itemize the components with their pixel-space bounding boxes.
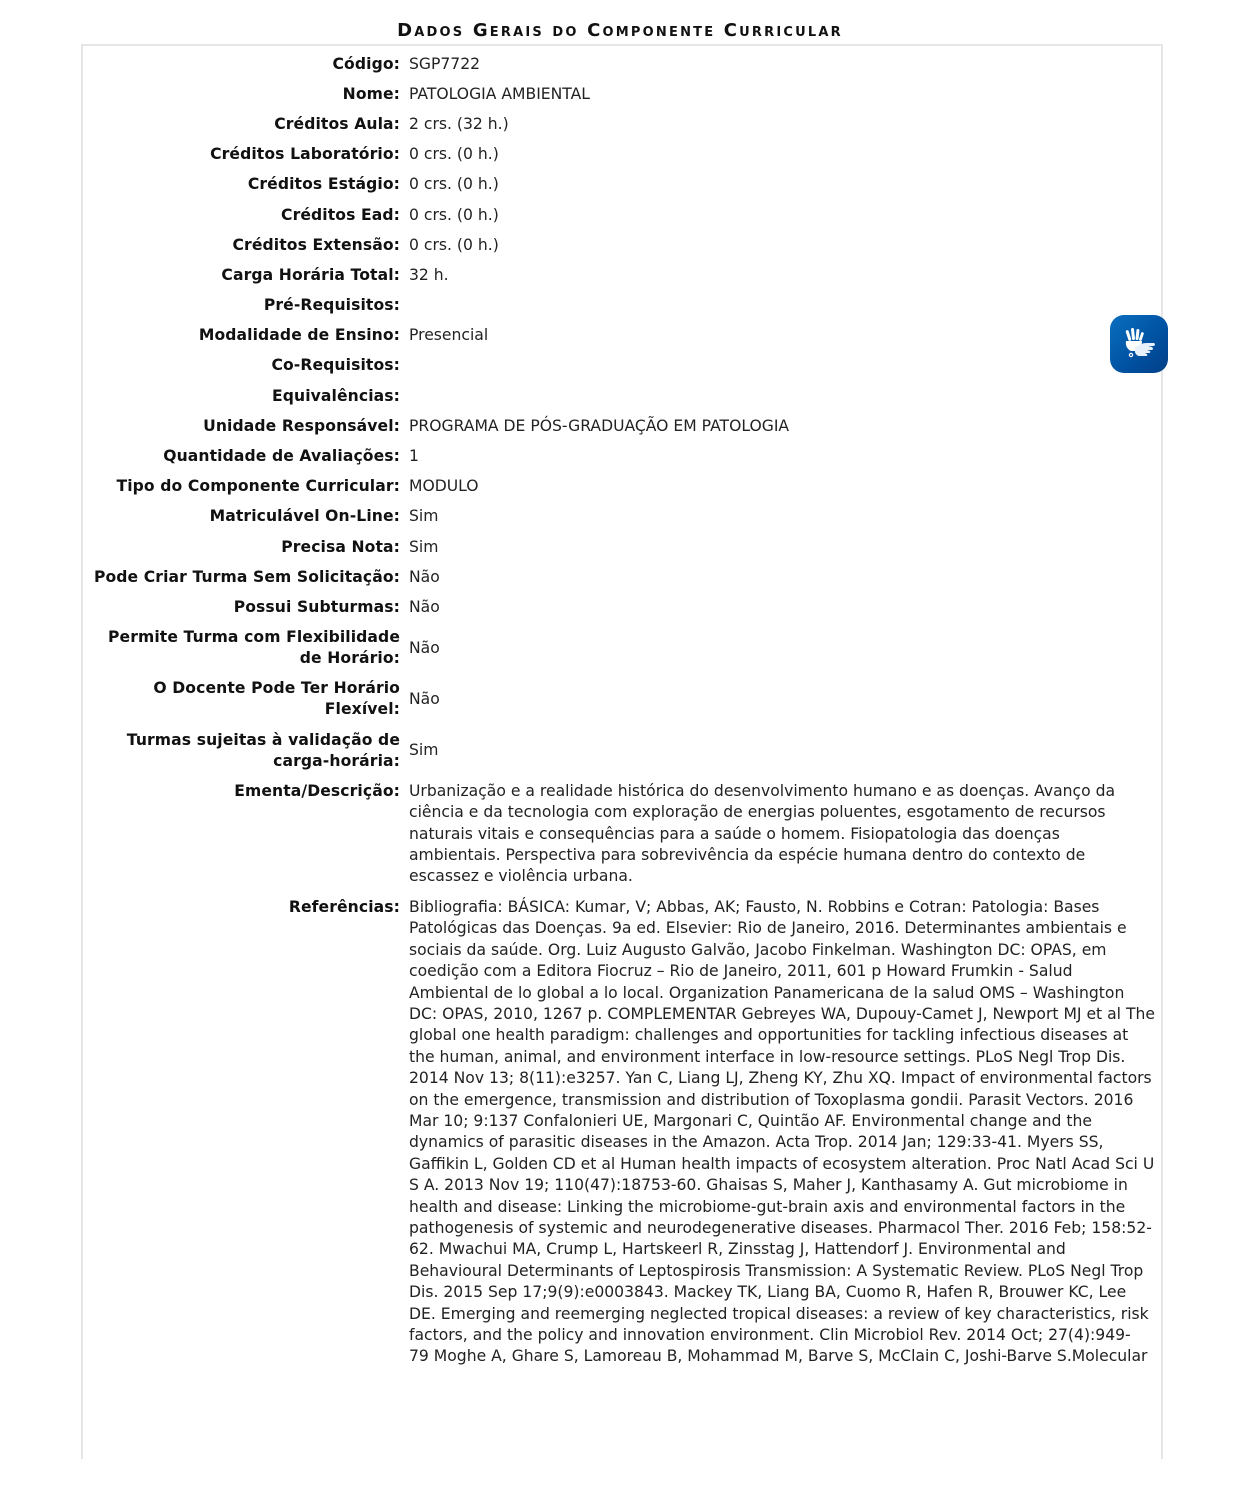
field-row-creditos-estagio: Créditos Estágio:0 crs. (0 h.)	[83, 170, 1161, 200]
field-value-nome: PATOLOGIA AMBIENTAL	[408, 79, 1161, 109]
field-label-creditos-aula: Créditos Aula:	[83, 109, 408, 139]
field-row-carga-horaria-total: Carga Horária Total:32 h.	[83, 260, 1161, 290]
field-value-possui-subturmas: Não	[408, 592, 1161, 622]
field-label-o-docente-pode-ter-horario-flexivel: O Docente Pode Ter Horário Flexível:	[83, 674, 408, 725]
section-caption: Dados Gerais do Componente Curricular	[0, 20, 1240, 41]
field-row-quantidade-de-avaliacoes: Quantidade de Avaliações:1	[83, 441, 1161, 471]
field-value-modalidade-de-ensino: Presencial	[408, 321, 1161, 351]
field-value-codigo: SGP7722	[408, 49, 1161, 79]
field-label-pre-requisitos: Pré-Requisitos:	[83, 291, 408, 321]
field-label-turmas-sujeitas-a-validacao-de-carga-horaria: Turmas sujeitas à validação de carga-hor…	[83, 725, 408, 776]
field-value-tipo-do-componente-curricular: MODULO	[408, 472, 1161, 502]
field-value-matriculavel-on-line: Sim	[408, 502, 1161, 532]
field-row-permite-turma-com-flexibilidade-de-horario: Permite Turma com Flexibilidade de Horár…	[83, 623, 1161, 674]
sign-language-hands-icon	[1119, 324, 1159, 364]
field-row-creditos-laboratorio: Créditos Laboratório:0 crs. (0 h.)	[83, 140, 1161, 170]
field-label-matriculavel-on-line: Matriculável On-Line:	[83, 502, 408, 532]
field-label-equivalencias: Equivalências:	[83, 381, 408, 411]
field-row-precisa-nota: Precisa Nota:Sim	[83, 532, 1161, 562]
field-value-precisa-nota: Sim	[408, 532, 1161, 562]
field-row-unidade-responsavel: Unidade Responsável:PROGRAMA DE PÓS-GRAD…	[83, 411, 1161, 441]
field-label-tipo-do-componente-curricular: Tipo do Componente Curricular:	[83, 472, 408, 502]
field-value-creditos-extensao: 0 crs. (0 h.)	[408, 230, 1161, 260]
field-label-carga-horaria-total: Carga Horária Total:	[83, 260, 408, 290]
field-label-precisa-nota: Precisa Nota:	[83, 532, 408, 562]
field-label-creditos-extensao: Créditos Extensão:	[83, 230, 408, 260]
field-row-modalidade-de-ensino: Modalidade de Ensino:Presencial	[83, 321, 1161, 351]
field-value-creditos-aula: 2 crs. (32 h.)	[408, 109, 1161, 139]
field-value-co-requisitos	[408, 351, 1161, 381]
field-row-codigo: Código:SGP7722	[83, 49, 1161, 79]
field-label-modalidade-de-ensino: Modalidade de Ensino:	[83, 321, 408, 351]
field-row-creditos-extensao: Créditos Extensão:0 crs. (0 h.)	[83, 230, 1161, 260]
field-value-ementa-descricao: Urbanização e a realidade histórica do d…	[408, 776, 1161, 892]
field-label-permite-turma-com-flexibilidade-de-horario: Permite Turma com Flexibilidade de Horár…	[83, 623, 408, 674]
field-value-referencias: Bibliografia: BÁSICA: Kumar, V; Abbas, A…	[408, 892, 1161, 1372]
field-label-quantidade-de-avaliacoes: Quantidade de Avaliações:	[83, 441, 408, 471]
field-row-ementa-descricao: Ementa/Descrição:Urbanização e a realida…	[83, 776, 1161, 892]
field-label-creditos-ead: Créditos Ead:	[83, 200, 408, 230]
field-row-tipo-do-componente-curricular: Tipo do Componente Curricular:MODULO	[83, 472, 1161, 502]
field-row-referencias: Referências:Bibliografia: BÁSICA: Kumar,…	[83, 892, 1161, 1372]
field-value-permite-turma-com-flexibilidade-de-horario: Não	[408, 623, 1161, 674]
field-value-carga-horaria-total: 32 h.	[408, 260, 1161, 290]
field-label-pode-criar-turma-sem-solicitacao: Pode Criar Turma Sem Solicitação:	[83, 562, 408, 592]
field-row-turmas-sujeitas-a-validacao-de-carga-horaria: Turmas sujeitas à validação de carga-hor…	[83, 725, 1161, 776]
field-value-pre-requisitos	[408, 291, 1161, 321]
field-value-quantidade-de-avaliacoes: 1	[408, 441, 1161, 471]
field-row-equivalencias: Equivalências:	[83, 381, 1161, 411]
field-value-creditos-estagio: 0 crs. (0 h.)	[408, 170, 1161, 200]
field-label-possui-subturmas: Possui Subturmas:	[83, 592, 408, 622]
accessibility-sign-language-button[interactable]	[1110, 315, 1168, 373]
field-row-pode-criar-turma-sem-solicitacao: Pode Criar Turma Sem Solicitação:Não	[83, 562, 1161, 592]
component-details-table: Código:SGP7722Nome:PATOLOGIA AMBIENTALCr…	[83, 49, 1161, 1372]
field-row-creditos-aula: Créditos Aula:2 crs. (32 h.)	[83, 109, 1161, 139]
component-details-panel: Código:SGP7722Nome:PATOLOGIA AMBIENTALCr…	[81, 44, 1163, 1459]
field-label-unidade-responsavel: Unidade Responsável:	[83, 411, 408, 441]
field-row-nome: Nome:PATOLOGIA AMBIENTAL	[83, 79, 1161, 109]
field-label-co-requisitos: Co-Requisitos:	[83, 351, 408, 381]
field-value-unidade-responsavel: PROGRAMA DE PÓS-GRADUAÇÃO EM PATOLOGIA	[408, 411, 1161, 441]
field-row-pre-requisitos: Pré-Requisitos:	[83, 291, 1161, 321]
field-label-nome: Nome:	[83, 79, 408, 109]
field-value-creditos-laboratorio: 0 crs. (0 h.)	[408, 140, 1161, 170]
field-label-referencias: Referências:	[83, 892, 408, 1372]
field-label-creditos-laboratorio: Créditos Laboratório:	[83, 140, 408, 170]
field-row-creditos-ead: Créditos Ead:0 crs. (0 h.)	[83, 200, 1161, 230]
field-value-turmas-sujeitas-a-validacao-de-carga-horaria: Sim	[408, 725, 1161, 776]
field-label-ementa-descricao: Ementa/Descrição:	[83, 776, 408, 892]
field-row-o-docente-pode-ter-horario-flexivel: O Docente Pode Ter Horário Flexível:Não	[83, 674, 1161, 725]
field-value-creditos-ead: 0 crs. (0 h.)	[408, 200, 1161, 230]
field-value-equivalencias	[408, 381, 1161, 411]
field-row-co-requisitos: Co-Requisitos:	[83, 351, 1161, 381]
field-value-pode-criar-turma-sem-solicitacao: Não	[408, 562, 1161, 592]
field-row-possui-subturmas: Possui Subturmas:Não	[83, 592, 1161, 622]
field-label-creditos-estagio: Créditos Estágio:	[83, 170, 408, 200]
field-value-o-docente-pode-ter-horario-flexivel: Não	[408, 674, 1161, 725]
field-row-matriculavel-on-line: Matriculável On-Line:Sim	[83, 502, 1161, 532]
field-label-codigo: Código:	[83, 49, 408, 79]
